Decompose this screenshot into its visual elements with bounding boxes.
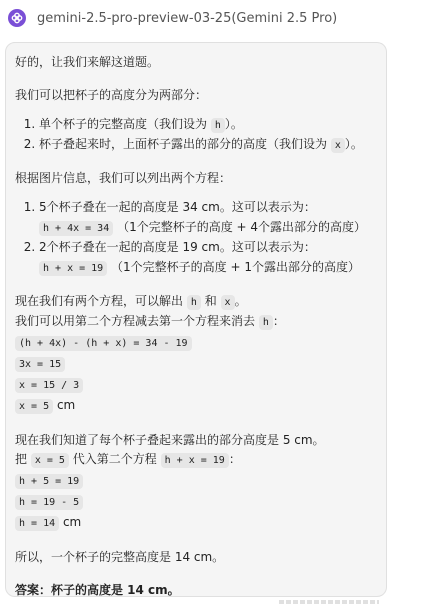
equations-list: 5个杯子叠在一起的高度是 34 cm。这可以表示为：h + 4x = 34 （1… [15, 198, 377, 278]
gemini-logo-icon [8, 9, 26, 27]
substitute-text: 把 x = 5 代入第二个方程 h + x = 19： [15, 450, 377, 470]
parts-list: 单个杯子的完整高度（我们设为 h）。 杯子叠起来时，上面杯子露出的部分的高度（我… [15, 115, 377, 155]
assistant-message-bubble: 好的，让我们来解这道题。 我们可以把杯子的高度分为两部分： 单个杯子的完整高度（… [5, 42, 387, 597]
equations-intro: 根据图片信息，我们可以列出两个方程： [15, 169, 377, 188]
list-item: 杯子叠起来时，上面杯子露出的部分的高度（我们设为 x）。 [39, 135, 377, 155]
message-header: gemini-2.5-pro-preview-03-25(Gemini 2.5 … [8, 9, 337, 27]
known-text: 现在我们知道了每个杯子叠起来露出的部分高度是 5 cm。 [15, 431, 377, 450]
conclusion-text: 所以，一个杯子的完整高度是 14 cm。 [15, 548, 377, 567]
list-item: 5个杯子叠在一起的高度是 34 cm。这可以表示为：h + 4x = 34 （1… [39, 198, 377, 238]
split-intro: 我们可以把杯子的高度分为两部分： [15, 86, 377, 105]
model-name: gemini-2.5-pro-preview-03-25(Gemini 2.5 … [37, 11, 337, 26]
eliminate-text: 我们可以用第二个方程减去第一个方程来消去 h： [15, 312, 377, 332]
solve-intro: 现在我们有两个方程，可以解出 h 和 x。 [15, 292, 377, 312]
intro-text: 好的，让我们来解这道题。 [15, 53, 377, 72]
list-item: 2个杯子叠在一起的高度是 19 cm。这可以表示为：h + x = 19 （1个… [39, 238, 377, 278]
timestamp [279, 600, 379, 604]
list-item: 单个杯子的完整高度（我们设为 h）。 [39, 115, 377, 135]
answer-text: 答案：杯子的高度是 14 cm。 [15, 581, 377, 600]
